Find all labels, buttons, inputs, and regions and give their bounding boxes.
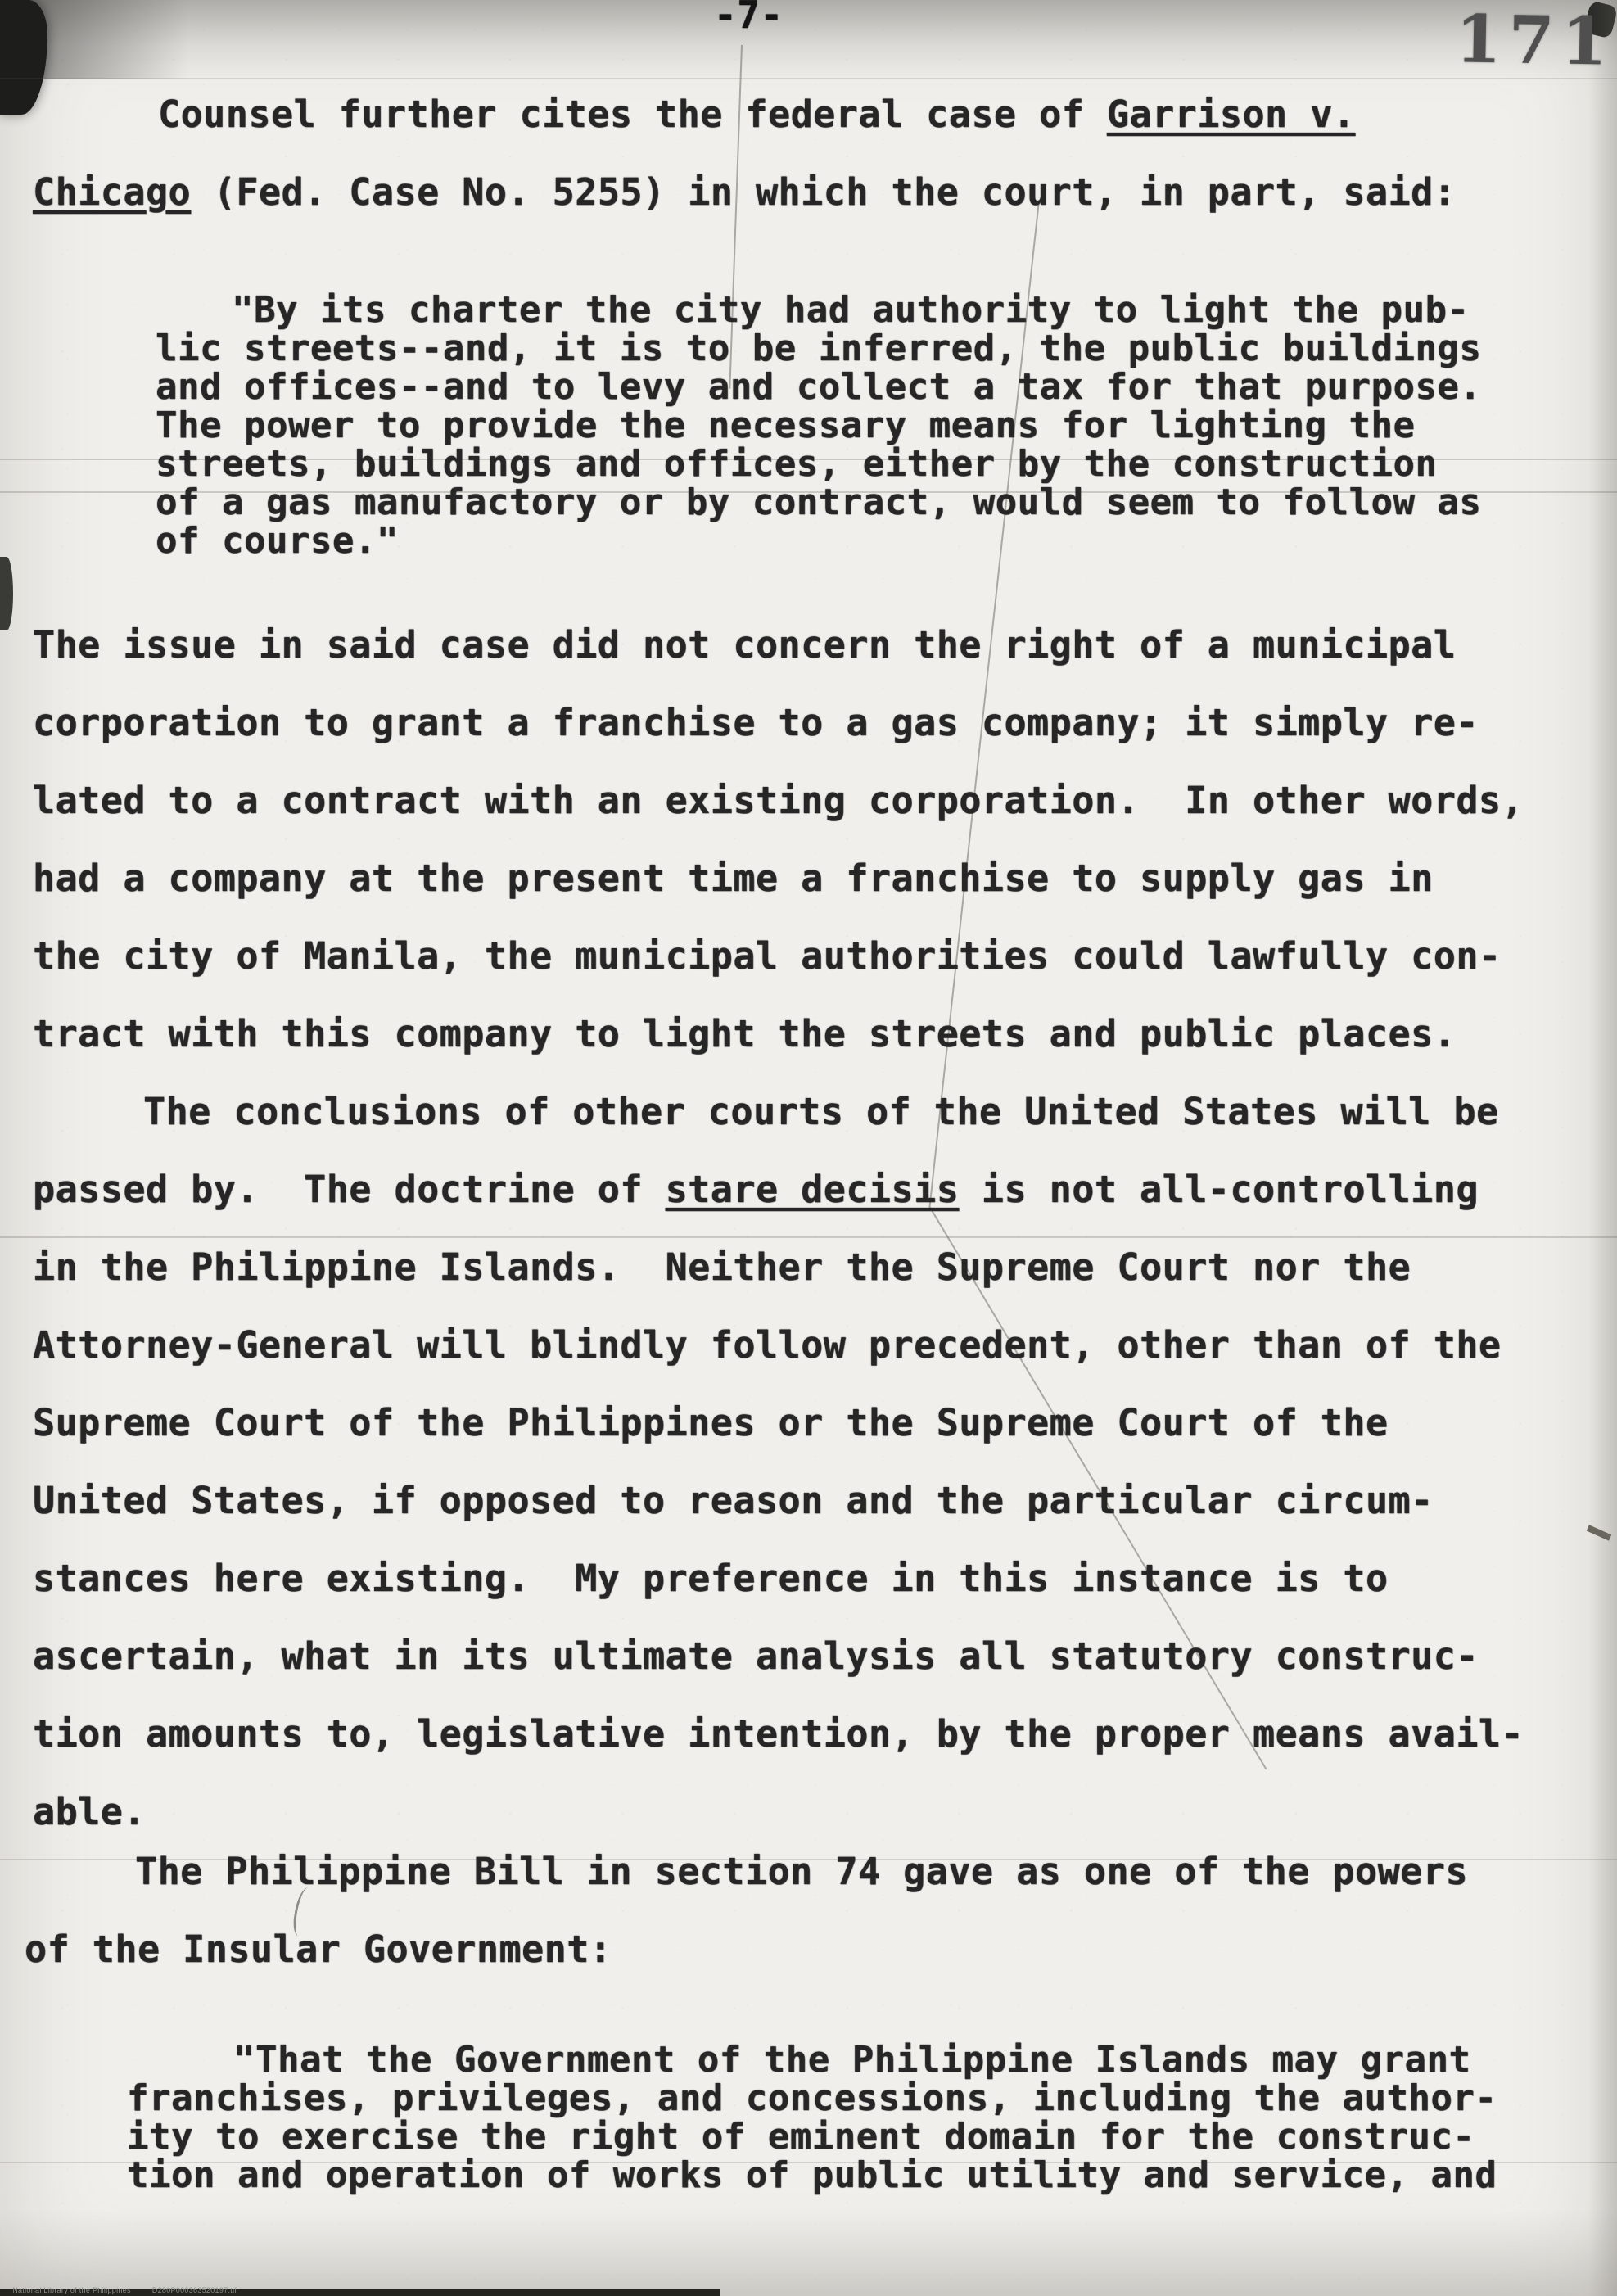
scan-footer-label: National Library of the Philippines bbox=[12, 2286, 131, 2294]
folio-stamp: 171 bbox=[1455, 0, 1615, 79]
page-number: -7- bbox=[714, 0, 784, 38]
scan-artifact-top-band bbox=[0, 0, 1617, 82]
scan-artifact-right-edge bbox=[1588, 0, 1617, 2296]
blockquote-section-74-grant: "That the Government of the Philippine I… bbox=[127, 2041, 1497, 2194]
scan-footer-code: D280P000363520197.tif bbox=[152, 2286, 237, 2294]
paragraph-stare-decisis: The conclusions of other courts of the U… bbox=[33, 1073, 1524, 1851]
paragraph-counsel-cites-case: Counsel further cites the federal case o… bbox=[33, 75, 1456, 231]
scanned-document-page: -7- 171 Counsel further cites the federa… bbox=[0, 0, 1617, 2296]
scan-footer: National Library of the PhilippinesD280P… bbox=[3, 2278, 258, 2296]
paragraph-issue-in-said-case: The issue in said case did not concern t… bbox=[33, 606, 1524, 1073]
blockquote-city-charter: "By its charter the city had authority t… bbox=[156, 291, 1481, 560]
scan-stain-left-edge bbox=[0, 557, 13, 630]
paragraph-philippine-bill-section-74: The Philippine Bill in section 74 gave a… bbox=[25, 1833, 1468, 1988]
